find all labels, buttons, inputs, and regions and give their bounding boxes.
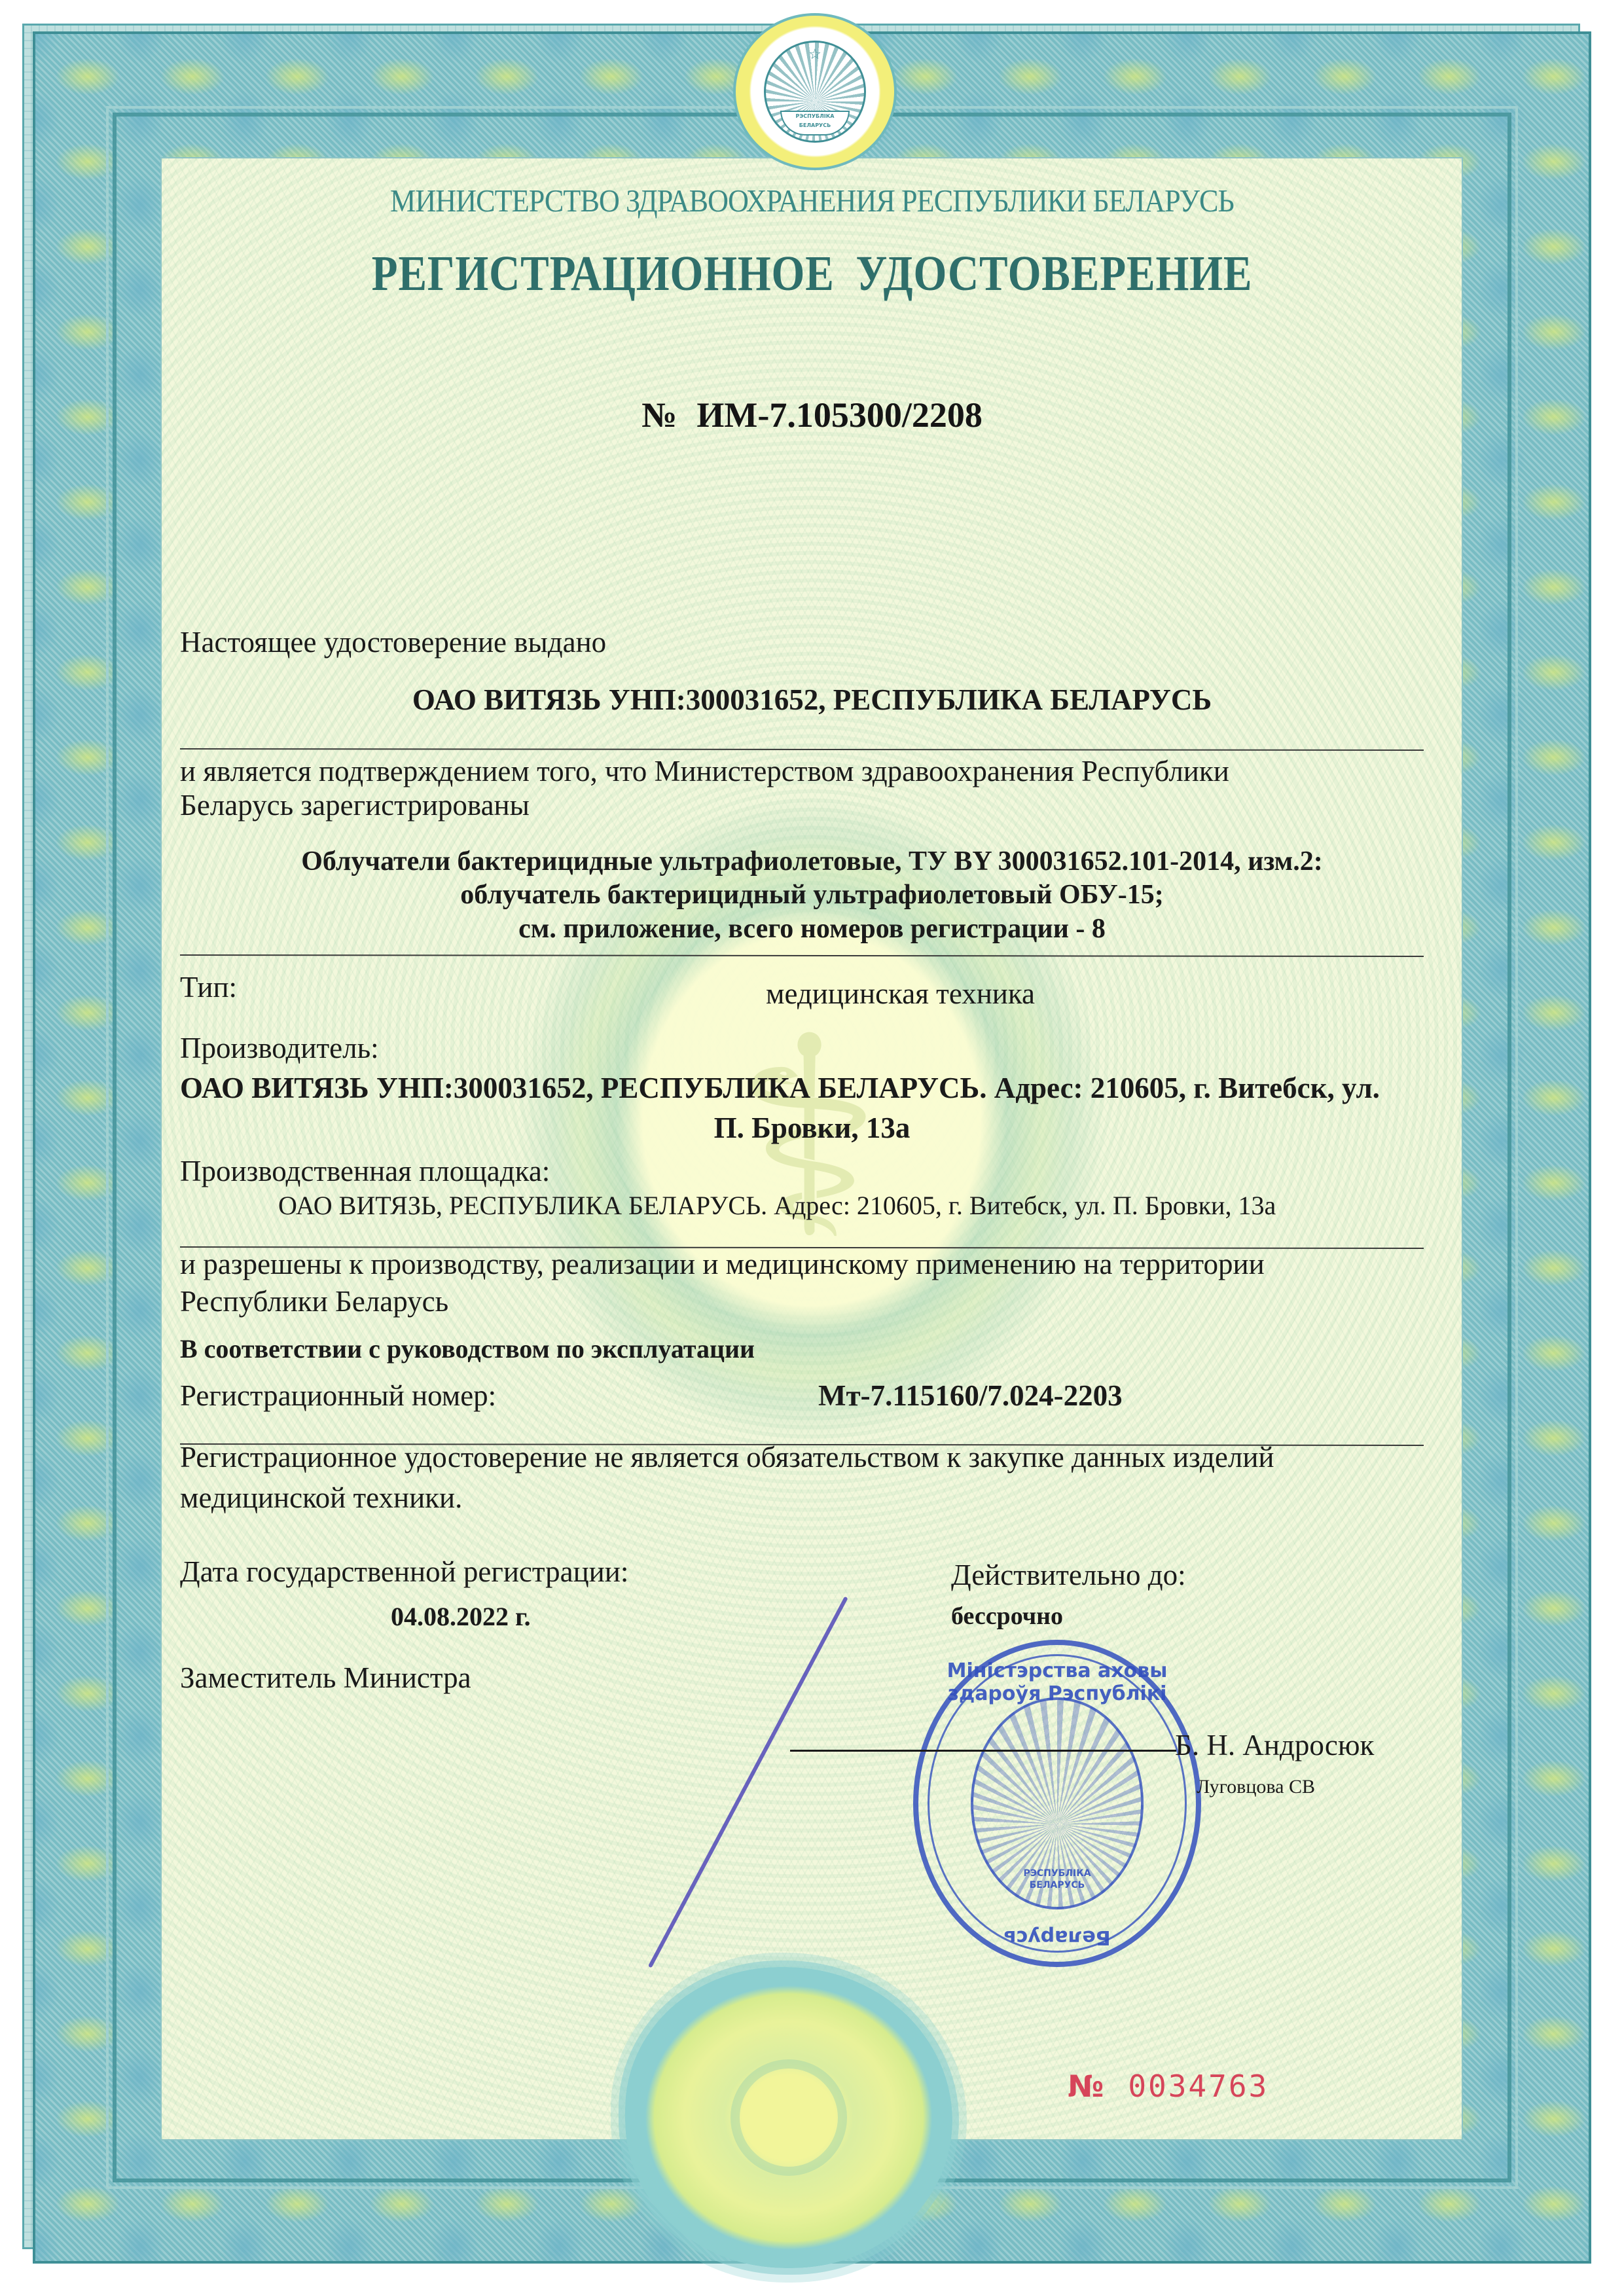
official-seal-icon: Міністэрства аховы здароўя Рэспублікі РЭ…	[913, 1640, 1201, 1967]
number-sign: №	[641, 395, 677, 435]
disclaimer-line-1: Регистрационное удостоверение не являетс…	[180, 1440, 1274, 1474]
state-emblem-icon: ☆ РЭСПУБЛІКА БЕЛАРУСЬ	[733, 13, 897, 170]
signature-line	[790, 1750, 1176, 1752]
registration-date-label: Дата государственной регистрации:	[180, 1555, 628, 1589]
valid-until-label: Действительно до:	[951, 1558, 1186, 1592]
manufacturer-line-1: ОАО ВИТЯЗЬ УНП:300031652, РЕСПУБЛИКА БЕЛ…	[180, 1071, 1380, 1105]
product-line-2: облучатель бактерицидный ультрафиолетовы…	[180, 879, 1444, 911]
confirmation-line-2: Беларусь зарегистрированы	[180, 788, 530, 822]
emblem-wreath: ☆ РЭСПУБЛІКА БЕЛАРУСЬ	[764, 41, 866, 143]
bottom-guilloche-rosette	[625, 1967, 952, 2268]
permission-line-2: Республики Беларусь	[180, 1284, 448, 1318]
manufacturer-line-2: П. Бровки, 13а	[180, 1111, 1444, 1145]
emblem-ribbon-line2: БЕЛАРУСЬ	[782, 121, 848, 130]
type-value: медицинская техника	[766, 977, 1035, 1011]
valid-until-value: бессрочно	[951, 1602, 1063, 1631]
seal-center-line-1: РЭСПУБЛІКА	[918, 1868, 1196, 1879]
emblem-ribbon: РЭСПУБЛІКА БЕЛАРУСЬ	[780, 111, 850, 136]
confirmation-line-1: и является подтверждением того, что Мини…	[180, 754, 1229, 788]
certificate-paper	[160, 157, 1463, 2141]
signer-name: Б. Н. Андросюк	[1175, 1728, 1374, 1762]
registration-date: 04.08.2022 г.	[391, 1601, 531, 1632]
rosette-ring	[731, 2059, 847, 2176]
registration-number-value: Мт-7.115160/7.024-2203	[818, 1379, 1123, 1413]
registration-number-label: Регистрационный номер:	[180, 1379, 496, 1413]
certificate-number: №ИМ-7.105300/2208	[0, 395, 1624, 435]
manufacturer-label: Производитель:	[180, 1031, 379, 1065]
production-site-label: Производственная площадка:	[180, 1154, 550, 1188]
certificate-number-value: ИМ-7.105300/2208	[696, 395, 982, 435]
issued-to-value: ОАО ВИТЯЗЬ УНП:300031652, РЕСПУБЛИКА БЕЛ…	[180, 683, 1444, 717]
issued-to-label: Настоящее удостоверение выдано	[180, 625, 606, 659]
emblem-ribbon-line1: РЭСПУБЛІКА	[782, 112, 848, 121]
blank-serial-number: №0034763	[1068, 2069, 1269, 2104]
executor-name: Луговцова СВ	[1197, 1776, 1315, 1798]
serial-number-value: 0034763	[1128, 2069, 1269, 2104]
serial-number-sign: №	[1068, 2069, 1106, 2104]
seal-center-line-2: БЕЛАРУСЬ	[918, 1879, 1196, 1891]
emblem-star-icon: ☆	[766, 46, 864, 63]
seal-top-text: Міністэрства аховы здароўя Рэспублікі	[918, 1659, 1196, 1705]
document-title: РЕГИСТРАЦИОННОЕ УДОСТОВЕРЕНИЕ	[114, 245, 1511, 302]
production-site-value: ОАО ВИТЯЗЬ, РЕСПУБЛИКА БЕЛАРУСЬ. Адрес: …	[278, 1190, 1276, 1221]
product-line-3: см. приложение, всего номеров регистраци…	[180, 913, 1444, 945]
seal-bottom-text: Беларусь	[918, 1926, 1196, 1949]
seal-center-text: РЭСПУБЛІКА БЕЛАРУСЬ	[918, 1868, 1196, 1891]
ministry-name: МИНИСТЕРСТВО ЗДРАВООХРАНЕНИЯ РЕСПУБЛИКИ …	[81, 182, 1543, 219]
signer-position: Заместитель Министра	[180, 1661, 471, 1695]
disclaimer-line-2: медицинской техники.	[180, 1481, 462, 1515]
product-line-1: Облучатели бактерицидные ультрафиолетовы…	[180, 846, 1444, 877]
permission-line-1: и разрешены к производству, реализации и…	[180, 1247, 1265, 1281]
usage-note: В соответствии с руководством по эксплуа…	[180, 1333, 755, 1364]
type-label: Тип:	[180, 970, 237, 1004]
